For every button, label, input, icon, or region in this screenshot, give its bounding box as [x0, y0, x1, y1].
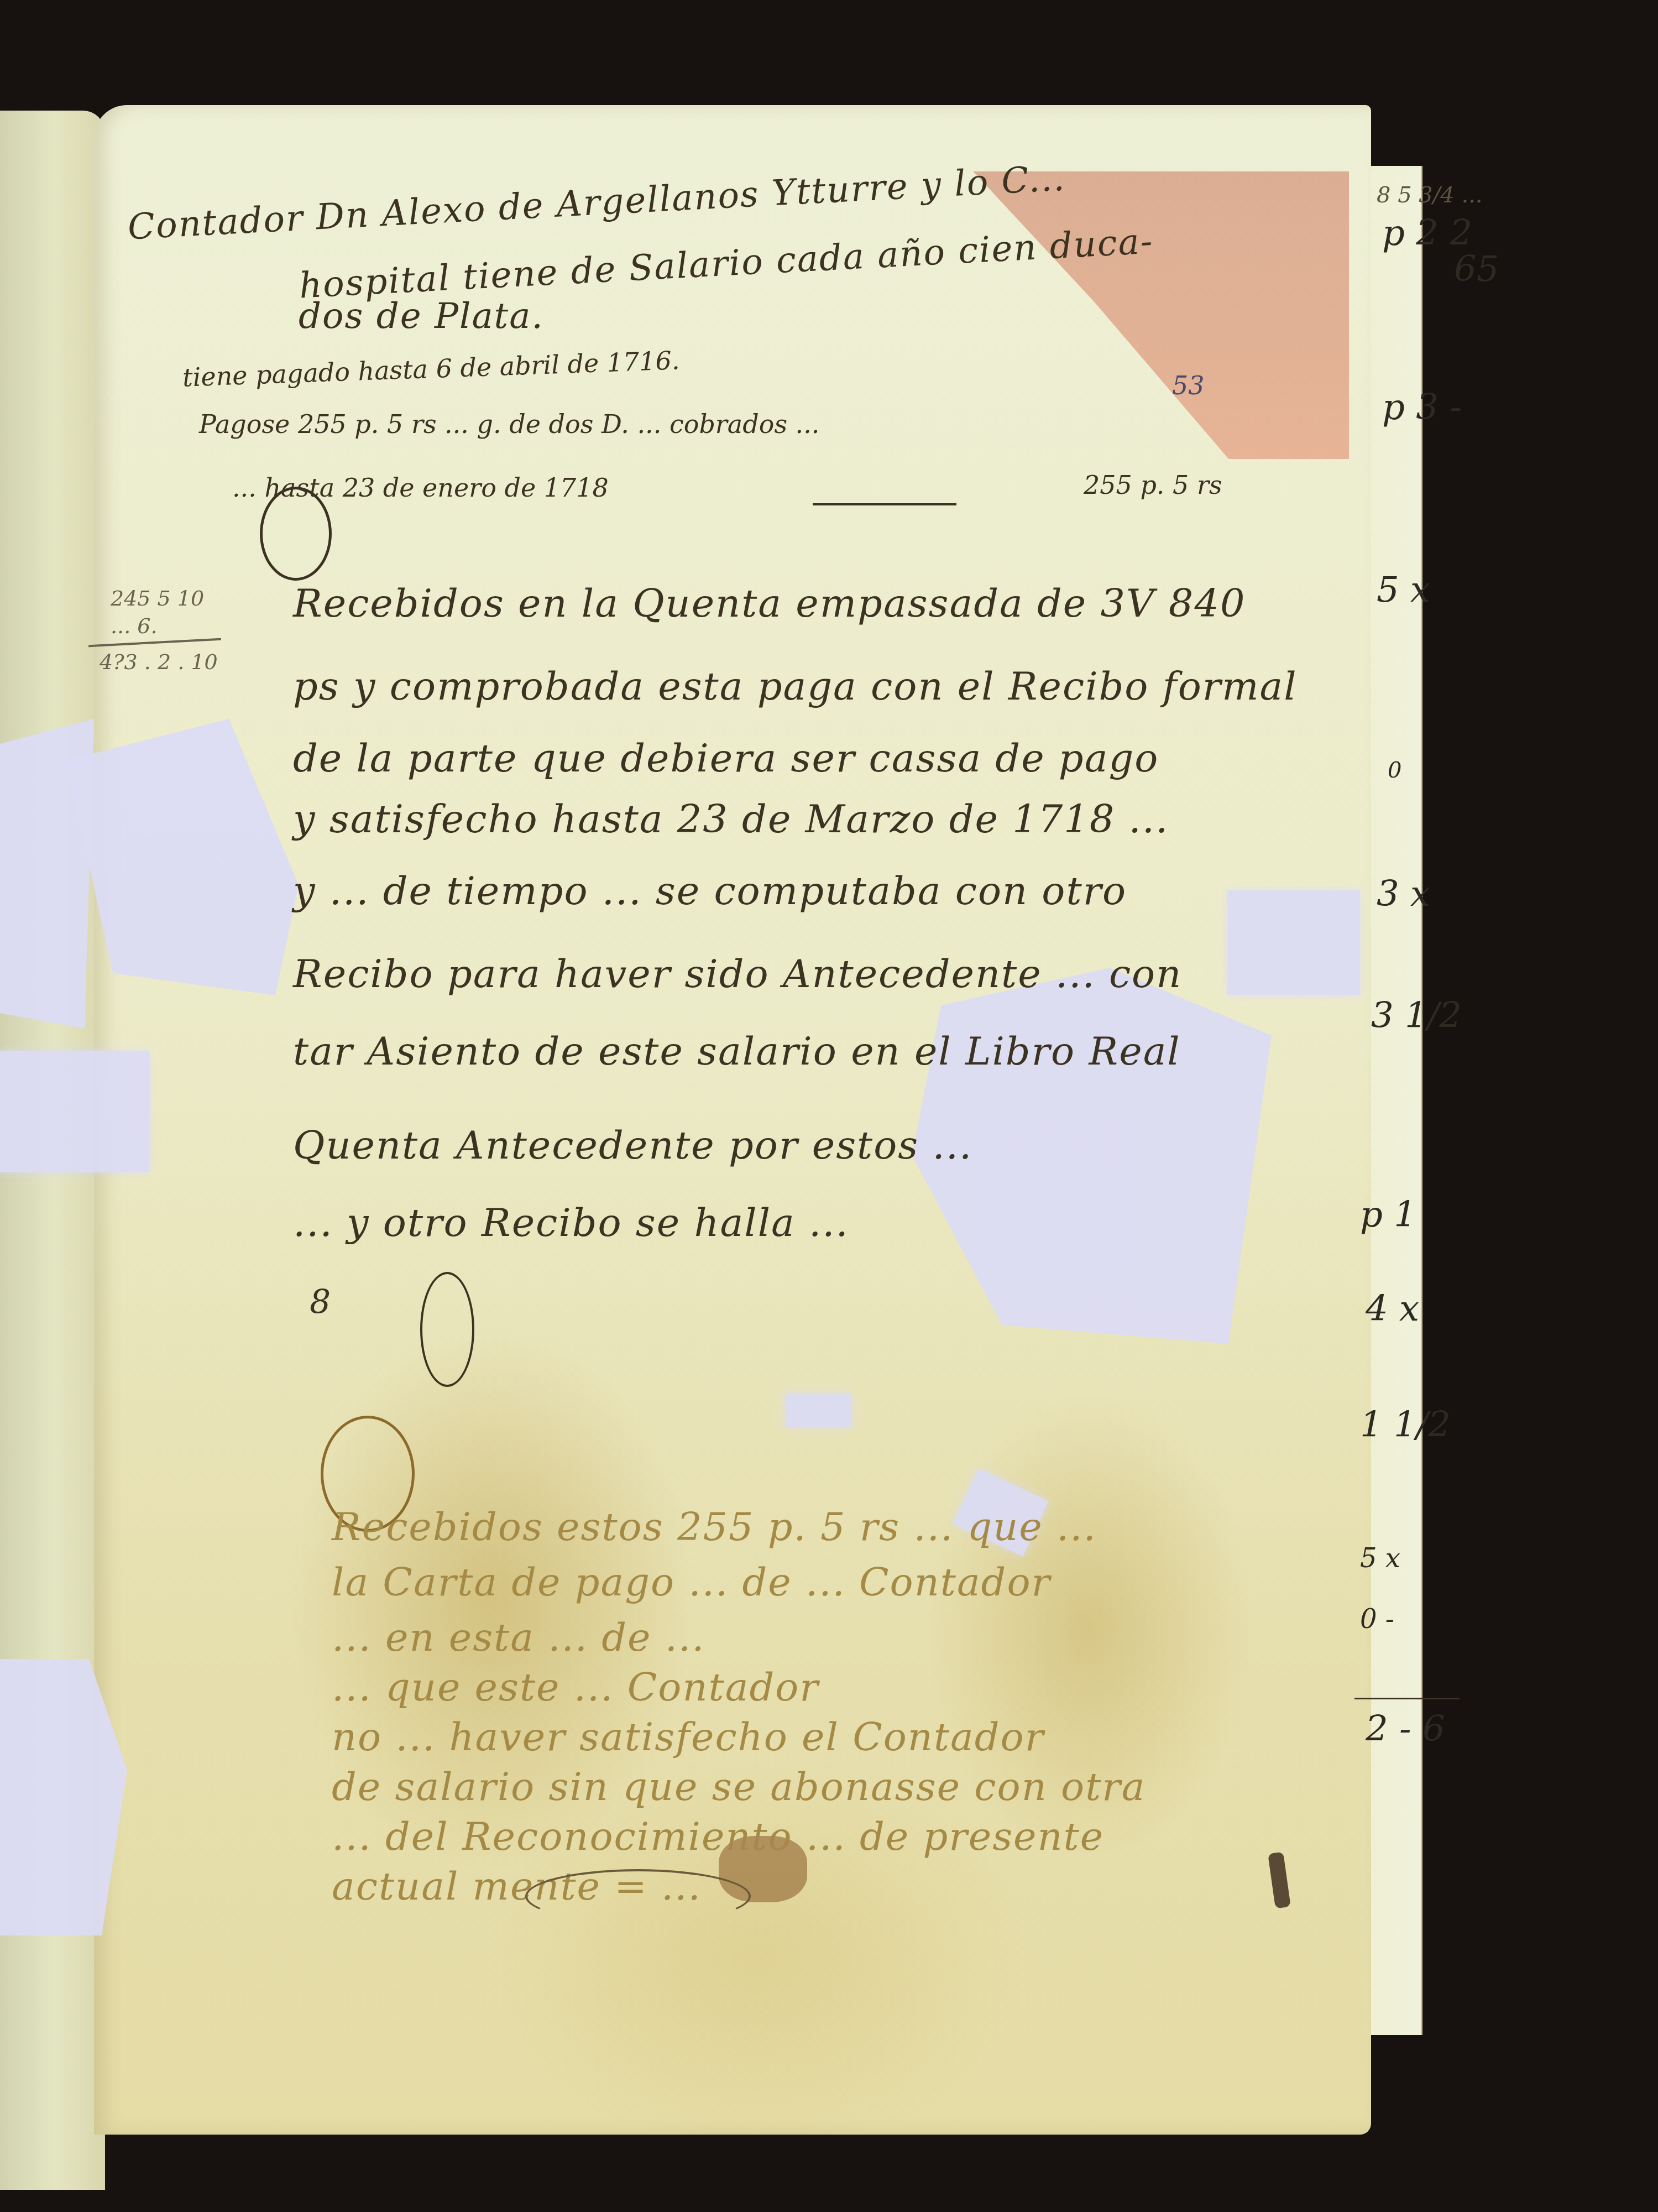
- repair-patch: [0, 1051, 149, 1172]
- margin-number: 5 x: [1377, 570, 1430, 611]
- margin-calc-total: 4?3 . 2 . 10: [100, 650, 218, 674]
- margin-number: 4 x: [1366, 1288, 1419, 1329]
- margin-number: 65: [1454, 249, 1499, 290]
- margin-number: p 3 -: [1382, 387, 1462, 428]
- paragraph2-line: no ... haver satisfecho el Contador: [332, 1714, 1044, 1760]
- paragraph1-marker: 8: [310, 1283, 331, 1322]
- paragraph2-line: ... en esta ... de ...: [332, 1615, 705, 1660]
- amount-rule: [813, 503, 956, 505]
- signature-flourish: [525, 1869, 751, 1923]
- paragraph2-line: la Carta de pago ... de ... Contador: [332, 1559, 1051, 1605]
- margin-number: p 1: [1360, 1194, 1416, 1235]
- note2-line-1: Pagose 255 p. 5 rs ... g. de dos D. ... …: [199, 409, 820, 439]
- repair-patch: [1227, 890, 1360, 995]
- margin-calc-line-1: 245 5 10: [111, 586, 204, 611]
- paragraph1-line: tar Asiento de este salario en el Libro …: [293, 1029, 1181, 1074]
- margin-number: 3 1/2: [1371, 995, 1462, 1036]
- initial-flourish: [260, 487, 332, 581]
- paragraph1-line: Recebidos en la Quenta empassada de 3V 8…: [293, 581, 1246, 626]
- paragraph1-line: ... y otro Recibo se halla ...: [293, 1200, 849, 1245]
- paragraph1-line: de la parte que debiera ser cassa de pag…: [293, 735, 1159, 781]
- margin-number: p 2 2: [1382, 213, 1472, 254]
- margin-number: 0: [1388, 758, 1401, 783]
- note2-amount: 255 p. 5 rs: [1084, 470, 1222, 500]
- paragraph2-line: Recebidos estos 255 p. 5 rs ... que ...: [332, 1504, 1097, 1550]
- margin-calc-line-2: ... 6.: [111, 614, 158, 638]
- margin-number: 3 x: [1377, 874, 1430, 915]
- repair-patch: [785, 1394, 851, 1427]
- margin-number: 0 -: [1360, 1604, 1394, 1635]
- paragraph1-line: ps y comprobada esta paga con el Recibo …: [293, 664, 1298, 709]
- paragraph2-line: ... del Reconocimiento ... de presente: [332, 1814, 1104, 1859]
- paragraph2-line: ... que este ... Contador: [332, 1665, 819, 1710]
- paragraph2-line: de salario sin que se abonasse con otra: [332, 1764, 1146, 1809]
- paragraph1-line: y ... de tiempo ... se computaba con otr…: [293, 868, 1127, 914]
- paragraph1-line: Recibo para haver sido Antecedente ... c…: [293, 951, 1182, 997]
- margin-total: 2 - 6: [1366, 1709, 1445, 1750]
- margin-number: 8 5 3/4 ...: [1377, 182, 1483, 208]
- margin-total-rule: [1354, 1698, 1460, 1699]
- paragraph1-line: y satisfecho hasta 23 de Marzo de 1718 .…: [293, 796, 1169, 842]
- heading-line-3: dos de Plata.: [299, 296, 544, 337]
- stamp-number: 53: [1172, 371, 1205, 400]
- margin-number: 1 1/2: [1360, 1405, 1451, 1446]
- paragraph1-line: Quenta Antecedente por estos ...: [293, 1123, 972, 1168]
- margin-number: 5 x: [1360, 1543, 1400, 1574]
- signature-rubric: [420, 1272, 474, 1387]
